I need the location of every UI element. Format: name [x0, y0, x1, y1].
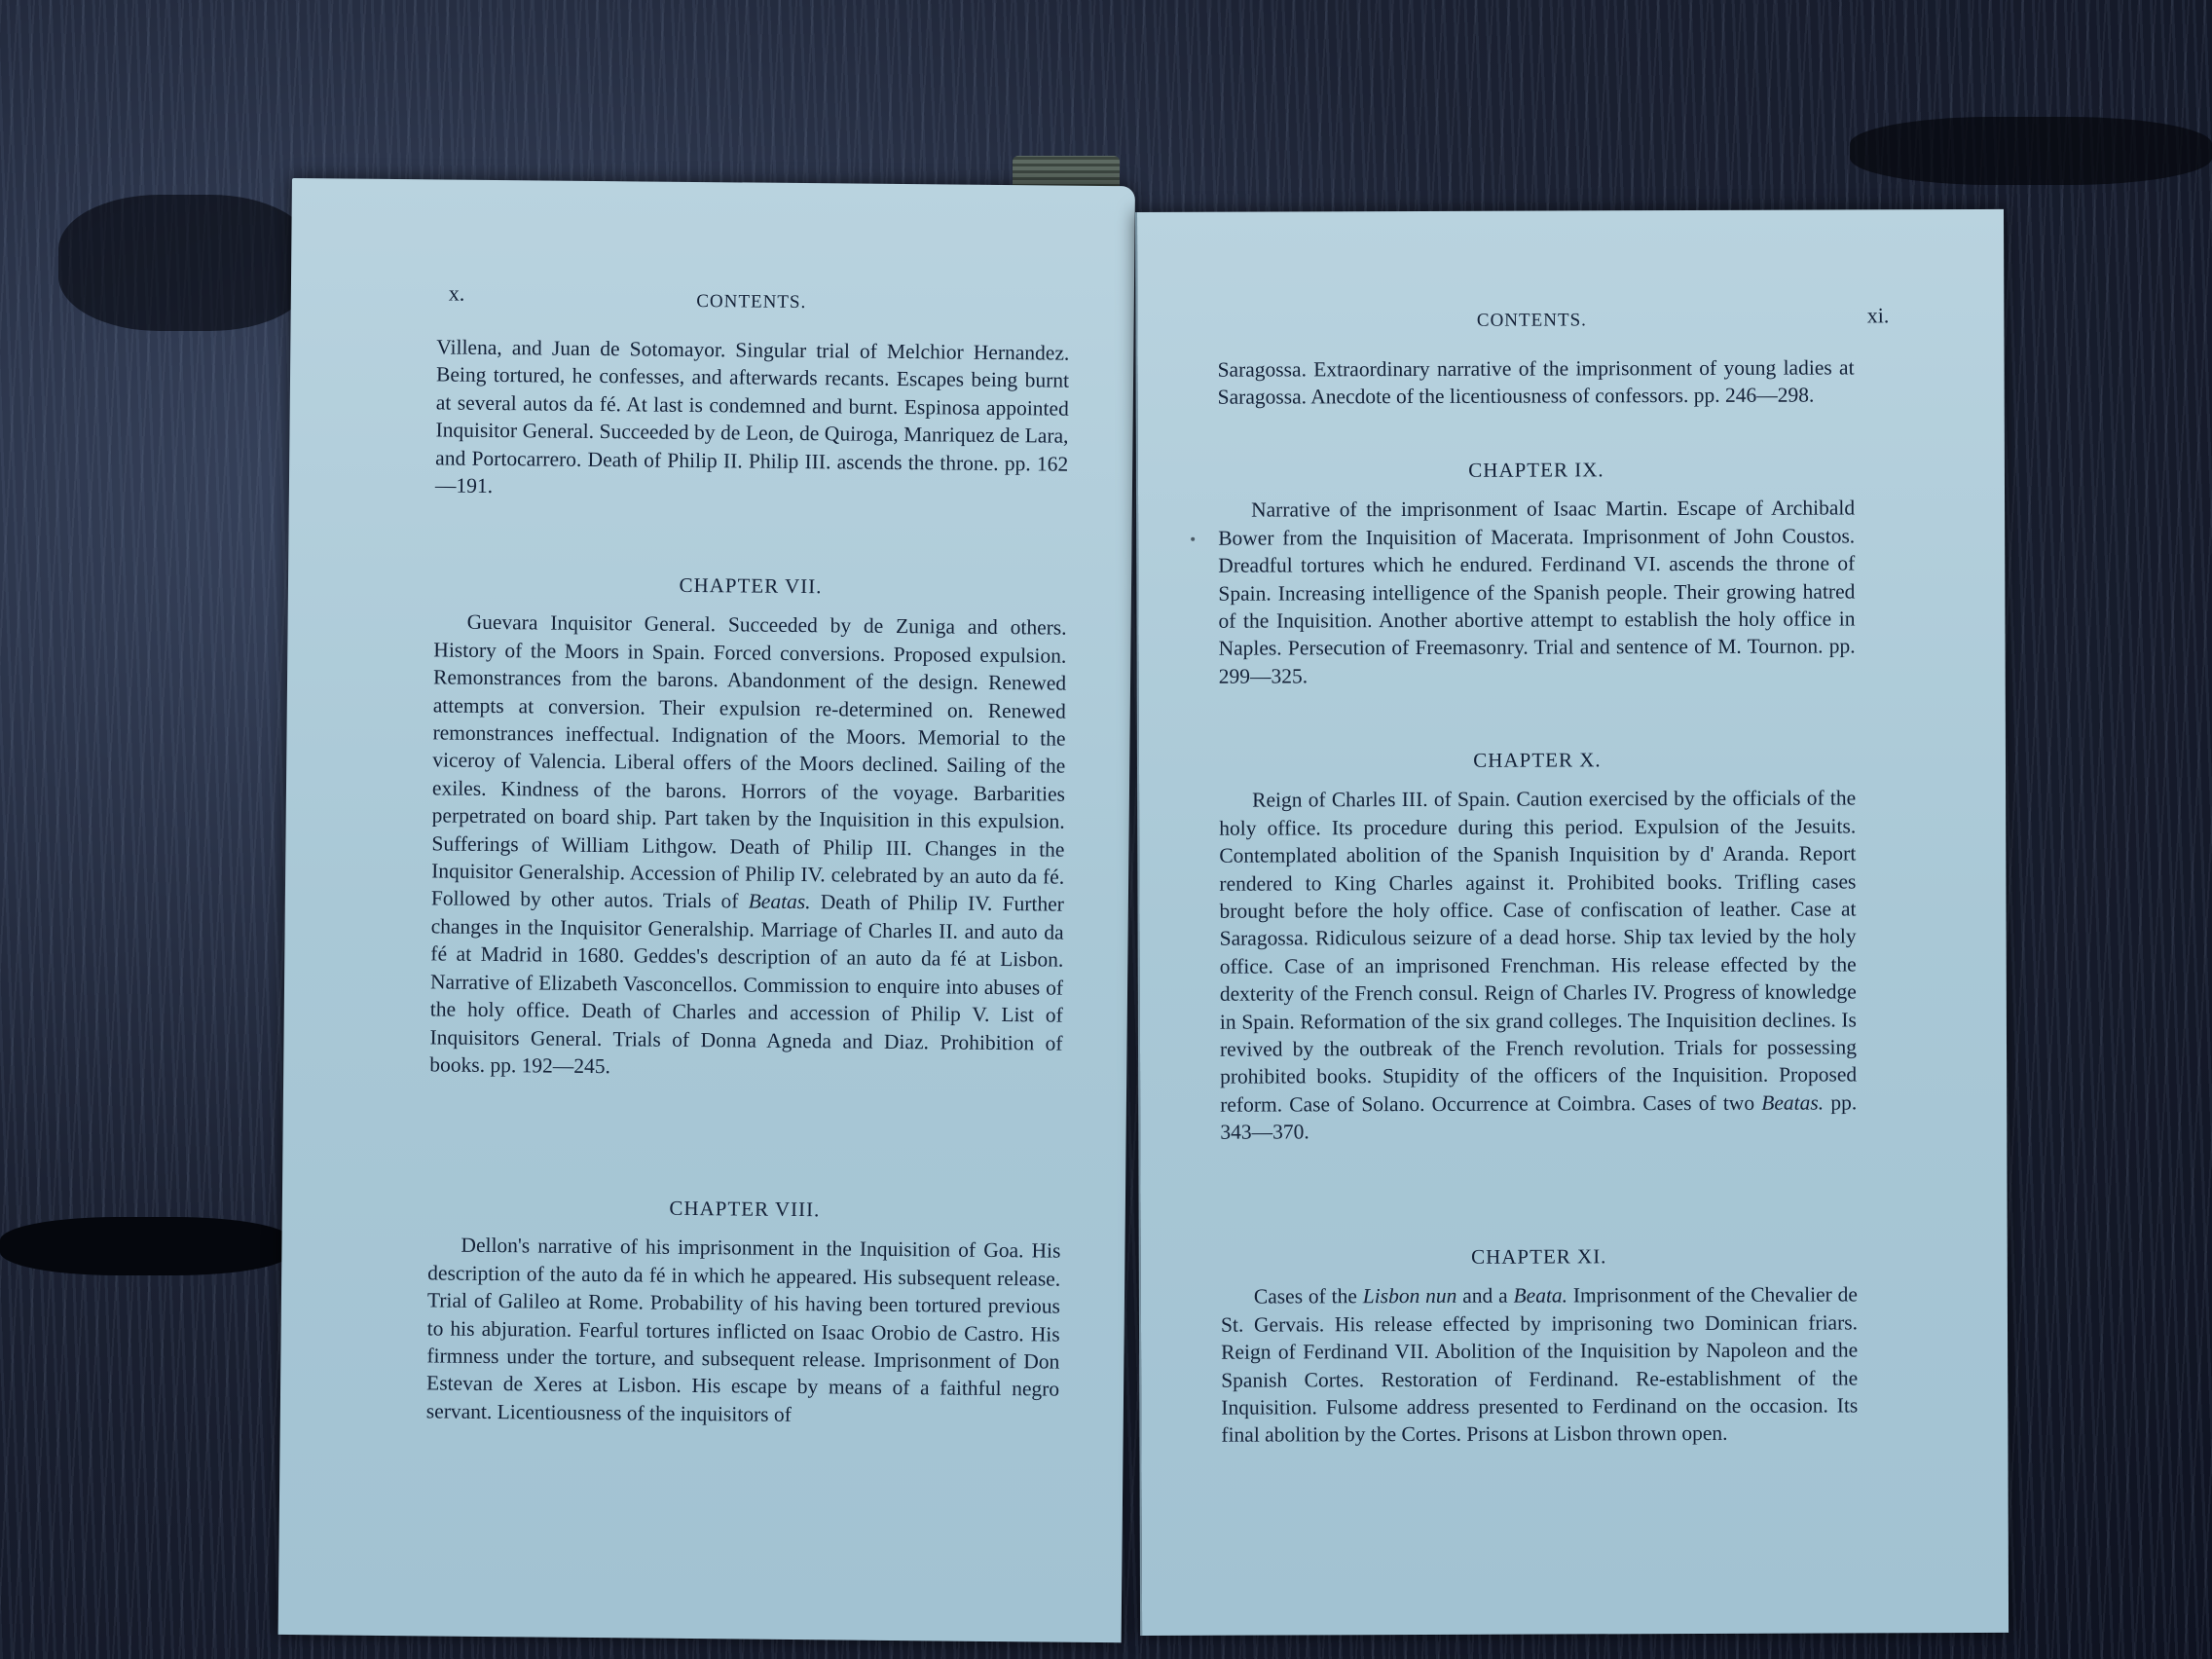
- page-number: xi.: [1867, 303, 1890, 328]
- wood-crack: [1850, 117, 2212, 185]
- chapter-heading: CHAPTER VII.: [434, 569, 1067, 603]
- chapter-viii-continuation: Saragossa. Extraordinary narrative of th…: [1218, 353, 1855, 411]
- chapter-summary: Guevara Inquisitor General. Succeeded by…: [429, 608, 1067, 1085]
- running-head-title: CONTENTS.: [1059, 309, 2004, 333]
- chapter-vi-continuation: Villena, and Juan de Sotomayor. Singular…: [435, 333, 1070, 505]
- chapter-x: CHAPTER X. Reign of Charles III. of Spai…: [1219, 745, 1857, 1146]
- running-head-title: CONTENTS.: [369, 288, 1134, 317]
- wood-crack: [0, 1217, 292, 1275]
- chapter-heading: CHAPTER X.: [1219, 745, 1856, 775]
- chapter-summary: Cases of the Lisbon nun and a Beata. Imp…: [1221, 1281, 1859, 1450]
- continuation-text: Villena, and Juan de Sotomayor. Singular…: [435, 333, 1070, 505]
- chapter-vii: CHAPTER VII. Guevara Inquisitor General.…: [429, 569, 1067, 1085]
- chapter-heading: CHAPTER XI.: [1221, 1241, 1858, 1272]
- chapter-summary: Narrative of the imprisonment of Isaac M…: [1218, 495, 1856, 690]
- right-page: CONTENTS. xi. Saragossa. Extraordinary n…: [1135, 209, 2009, 1636]
- right-running-head: CONTENTS. xi.: [1137, 309, 2004, 341]
- chapter-summary: Dellon's narrative of his imprisonment i…: [426, 1232, 1061, 1431]
- chapter-ix: CHAPTER IX. Narrative of the imprisonmen…: [1218, 455, 1856, 690]
- continuation-text: Saragossa. Extraordinary narrative of th…: [1218, 353, 1855, 411]
- chapter-viii: CHAPTER VIII. Dellon's narrative of his …: [426, 1192, 1061, 1430]
- chapter-summary: Reign of Charles III. of Spain. Caution …: [1219, 785, 1857, 1147]
- wood-crack: [58, 195, 312, 331]
- chapter-xi: CHAPTER XI. Cases of the Lisbon nun and …: [1221, 1241, 1859, 1449]
- chapter-heading: CHAPTER VIII.: [428, 1192, 1061, 1226]
- left-running-head: x. CONTENTS.: [291, 287, 1134, 324]
- chapter-heading: CHAPTER IX.: [1218, 455, 1855, 485]
- ink-speck: [1191, 537, 1195, 541]
- left-page: x. CONTENTS. Villena, and Juan de Sotoma…: [278, 178, 1135, 1642]
